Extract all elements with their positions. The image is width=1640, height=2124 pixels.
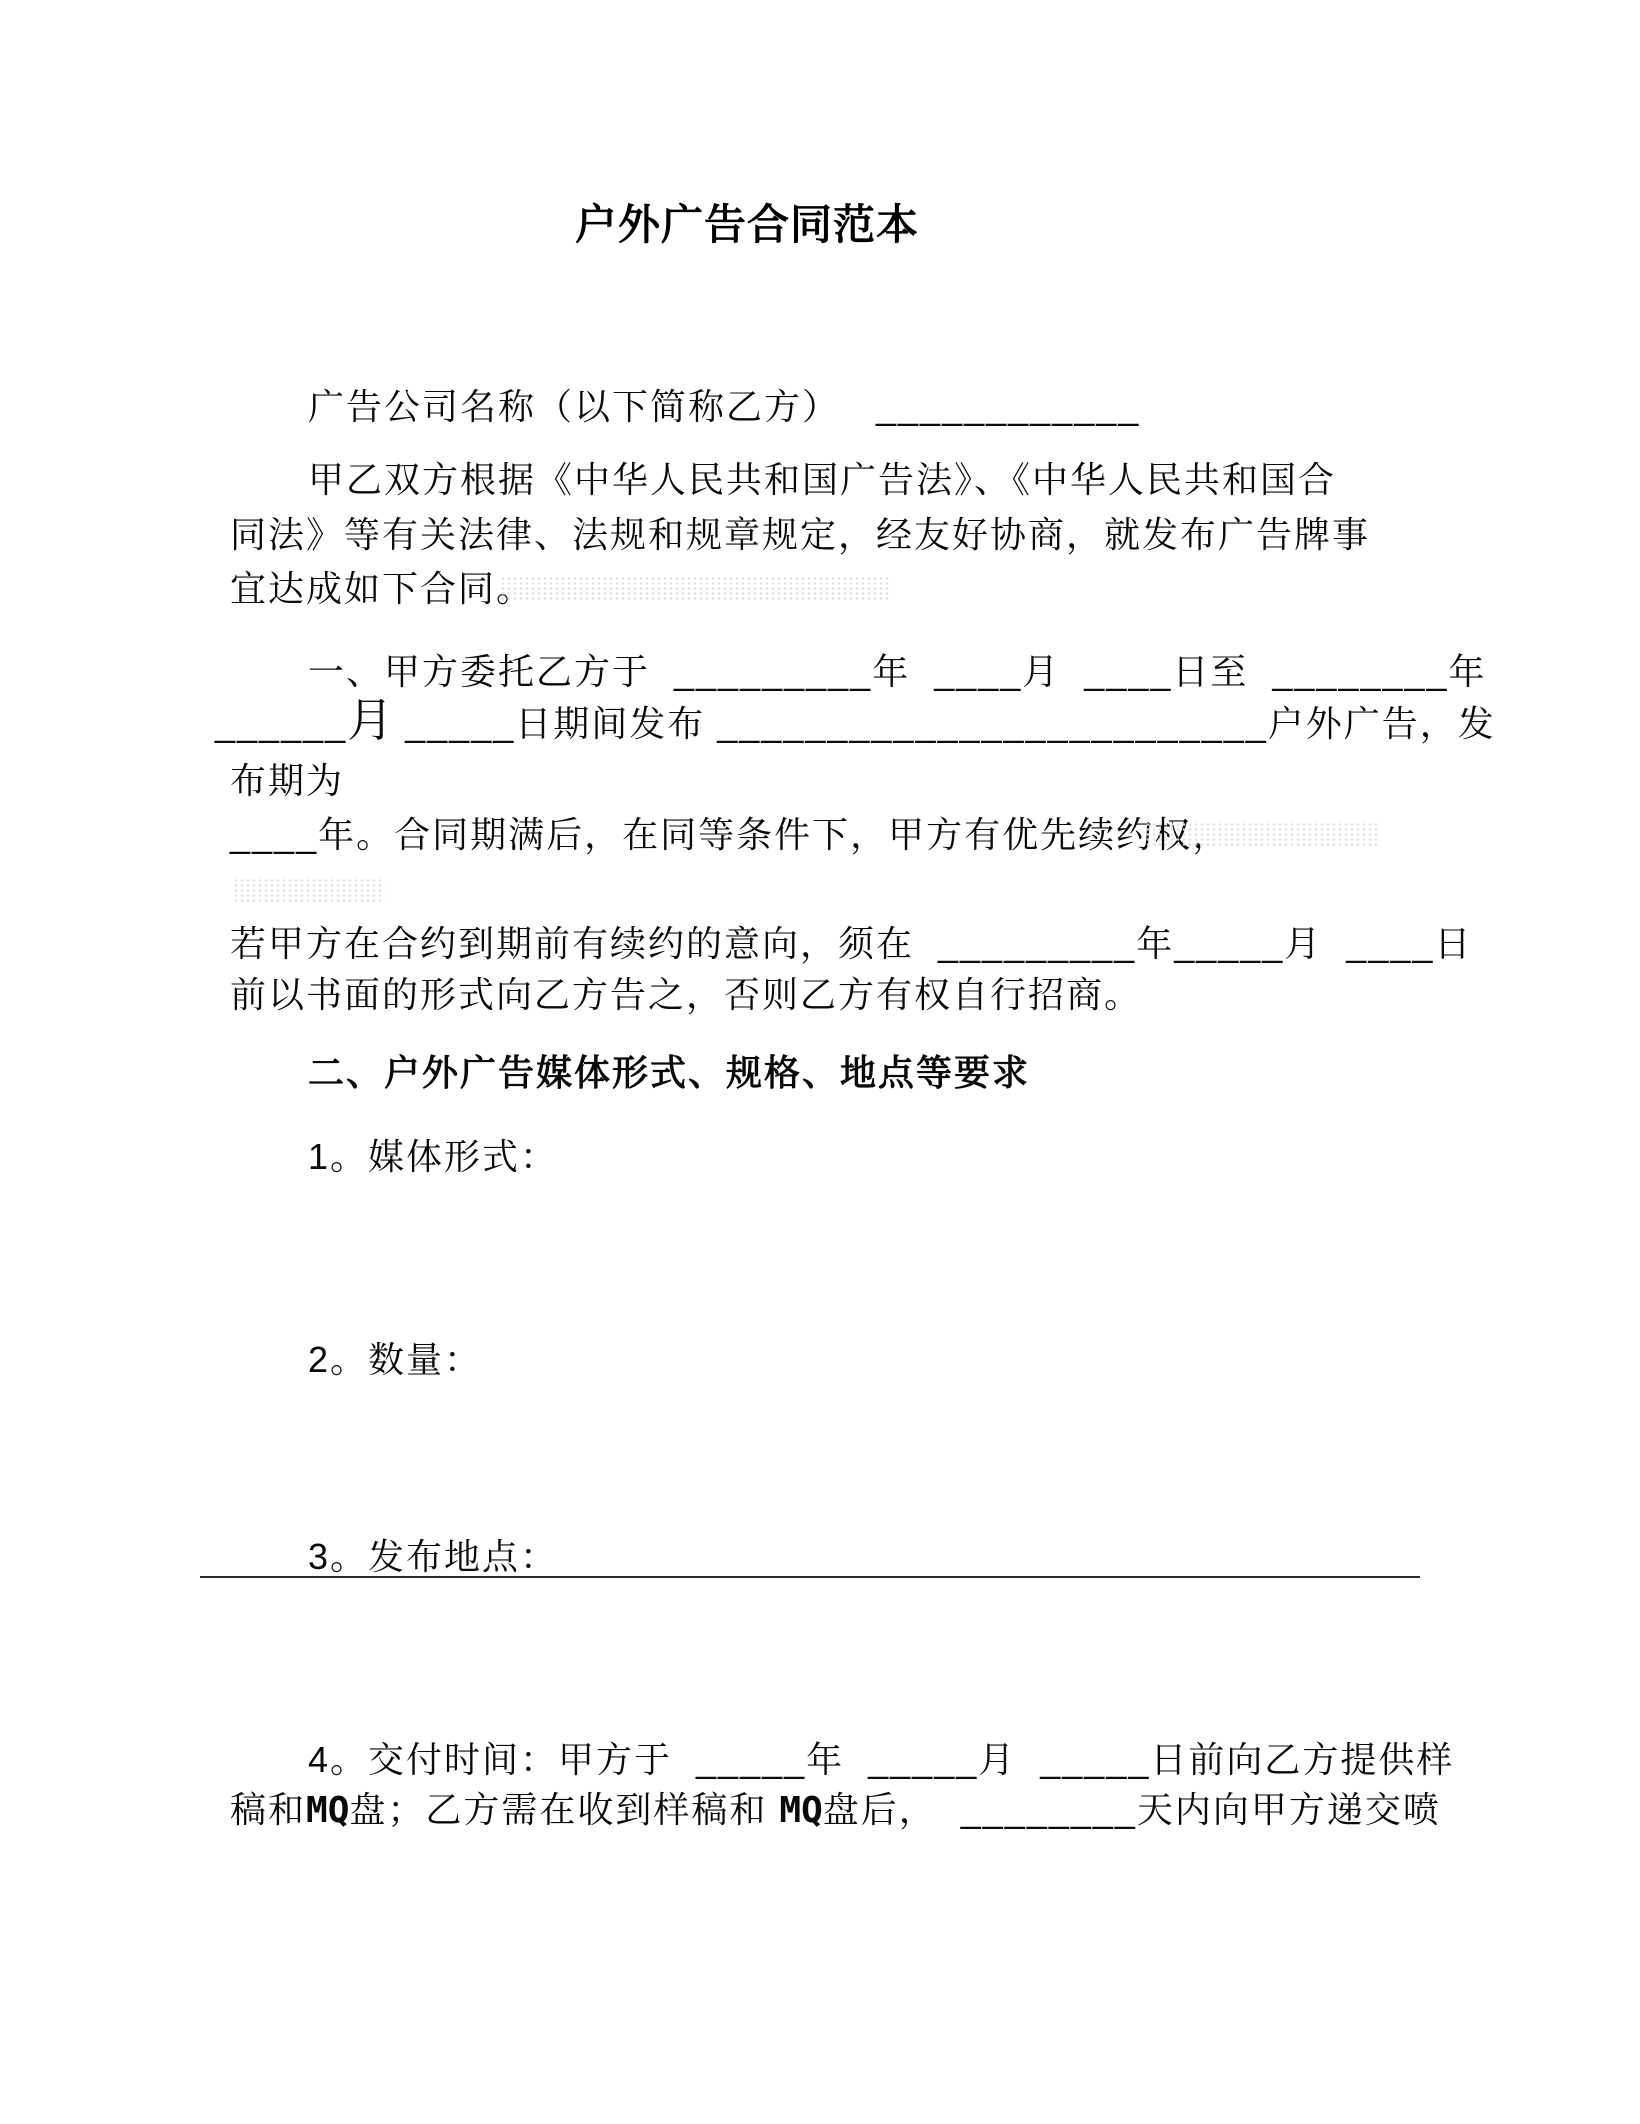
intro-paragraph-line-3: 宜达成如下合同。: [230, 566, 534, 613]
faint-text-artifact-3: [233, 878, 385, 902]
section1-line-5: 若甲方在合约到期前有续约的意向，须在 _________年_____月 ____…: [230, 921, 1472, 968]
item4-mq-label-1: MQ: [306, 1790, 349, 1831]
month-character-serif: 月: [347, 695, 393, 746]
intro-paragraph-line-2: 同法》等有关法律、法规和规章规定，经友好协商，就发布广告牌事: [230, 512, 1370, 559]
list-item-1-media-form: 1。媒体形式：: [308, 1134, 558, 1181]
faint-text-artifact-2: [1145, 822, 1380, 848]
party-name-line: 广告公司名称（以下简称乙方） ____________: [308, 384, 1140, 431]
document-title: 户外广告合同范本: [575, 192, 919, 252]
section1-line-1: 一、甲方委托乙方于 _________年 ____月 ____日至 ______…: [308, 649, 1487, 696]
list-item-4-delivery-line-1: 4。交付时间：甲方于 _____年 _____月 _____日前向乙方提供样: [308, 1737, 1454, 1784]
item4-mq-label-2: MQ: [779, 1790, 822, 1831]
intro-paragraph-line-1: 甲乙双方根据《中华人民共和国广告法》、《中华人民共和国合: [308, 457, 1336, 504]
contract-document-page: 户外广告合同范本 广告公司名称（以下简称乙方） ____________ 甲乙双…: [0, 0, 1640, 2124]
section1-line-4: ____年。合同期满后，在同等条件下，甲方有优先续约权，: [230, 812, 1230, 859]
blank-underscore-run: ______: [215, 703, 347, 744]
item4-text-b: 盘；乙方需在收到样稿和: [349, 1789, 779, 1830]
horizontal-divider: [200, 1576, 1420, 1578]
list-item-2-quantity: 2。数量：: [308, 1337, 482, 1384]
section1-line-2: ______月 _____日期间发布 _____________________…: [215, 698, 1496, 748]
item4-text-c: 盘后， ________天内向甲方递交喷: [823, 1789, 1441, 1830]
list-item-4-delivery-line-2: 稿和MQ盘；乙方需在收到样稿和 MQ盘后， ________天内向甲方递交喷: [230, 1787, 1441, 1835]
item4-text-a: 稿和: [230, 1789, 306, 1830]
section1-line-6: 前以书面的形式向乙方告之，否则乙方有权自行招商。: [230, 972, 1142, 1019]
section2-heading: 二、户外广告媒体形式、规格、地点等要求: [308, 1050, 1030, 1097]
list-item-3-location: 3。发布地点：: [308, 1534, 558, 1581]
faint-text-artifact-1: [500, 576, 890, 600]
section1-line-3: 布期为: [230, 758, 344, 805]
section1-line-2-rest: _____日期间发布 _________________________户外广告…: [393, 703, 1496, 744]
